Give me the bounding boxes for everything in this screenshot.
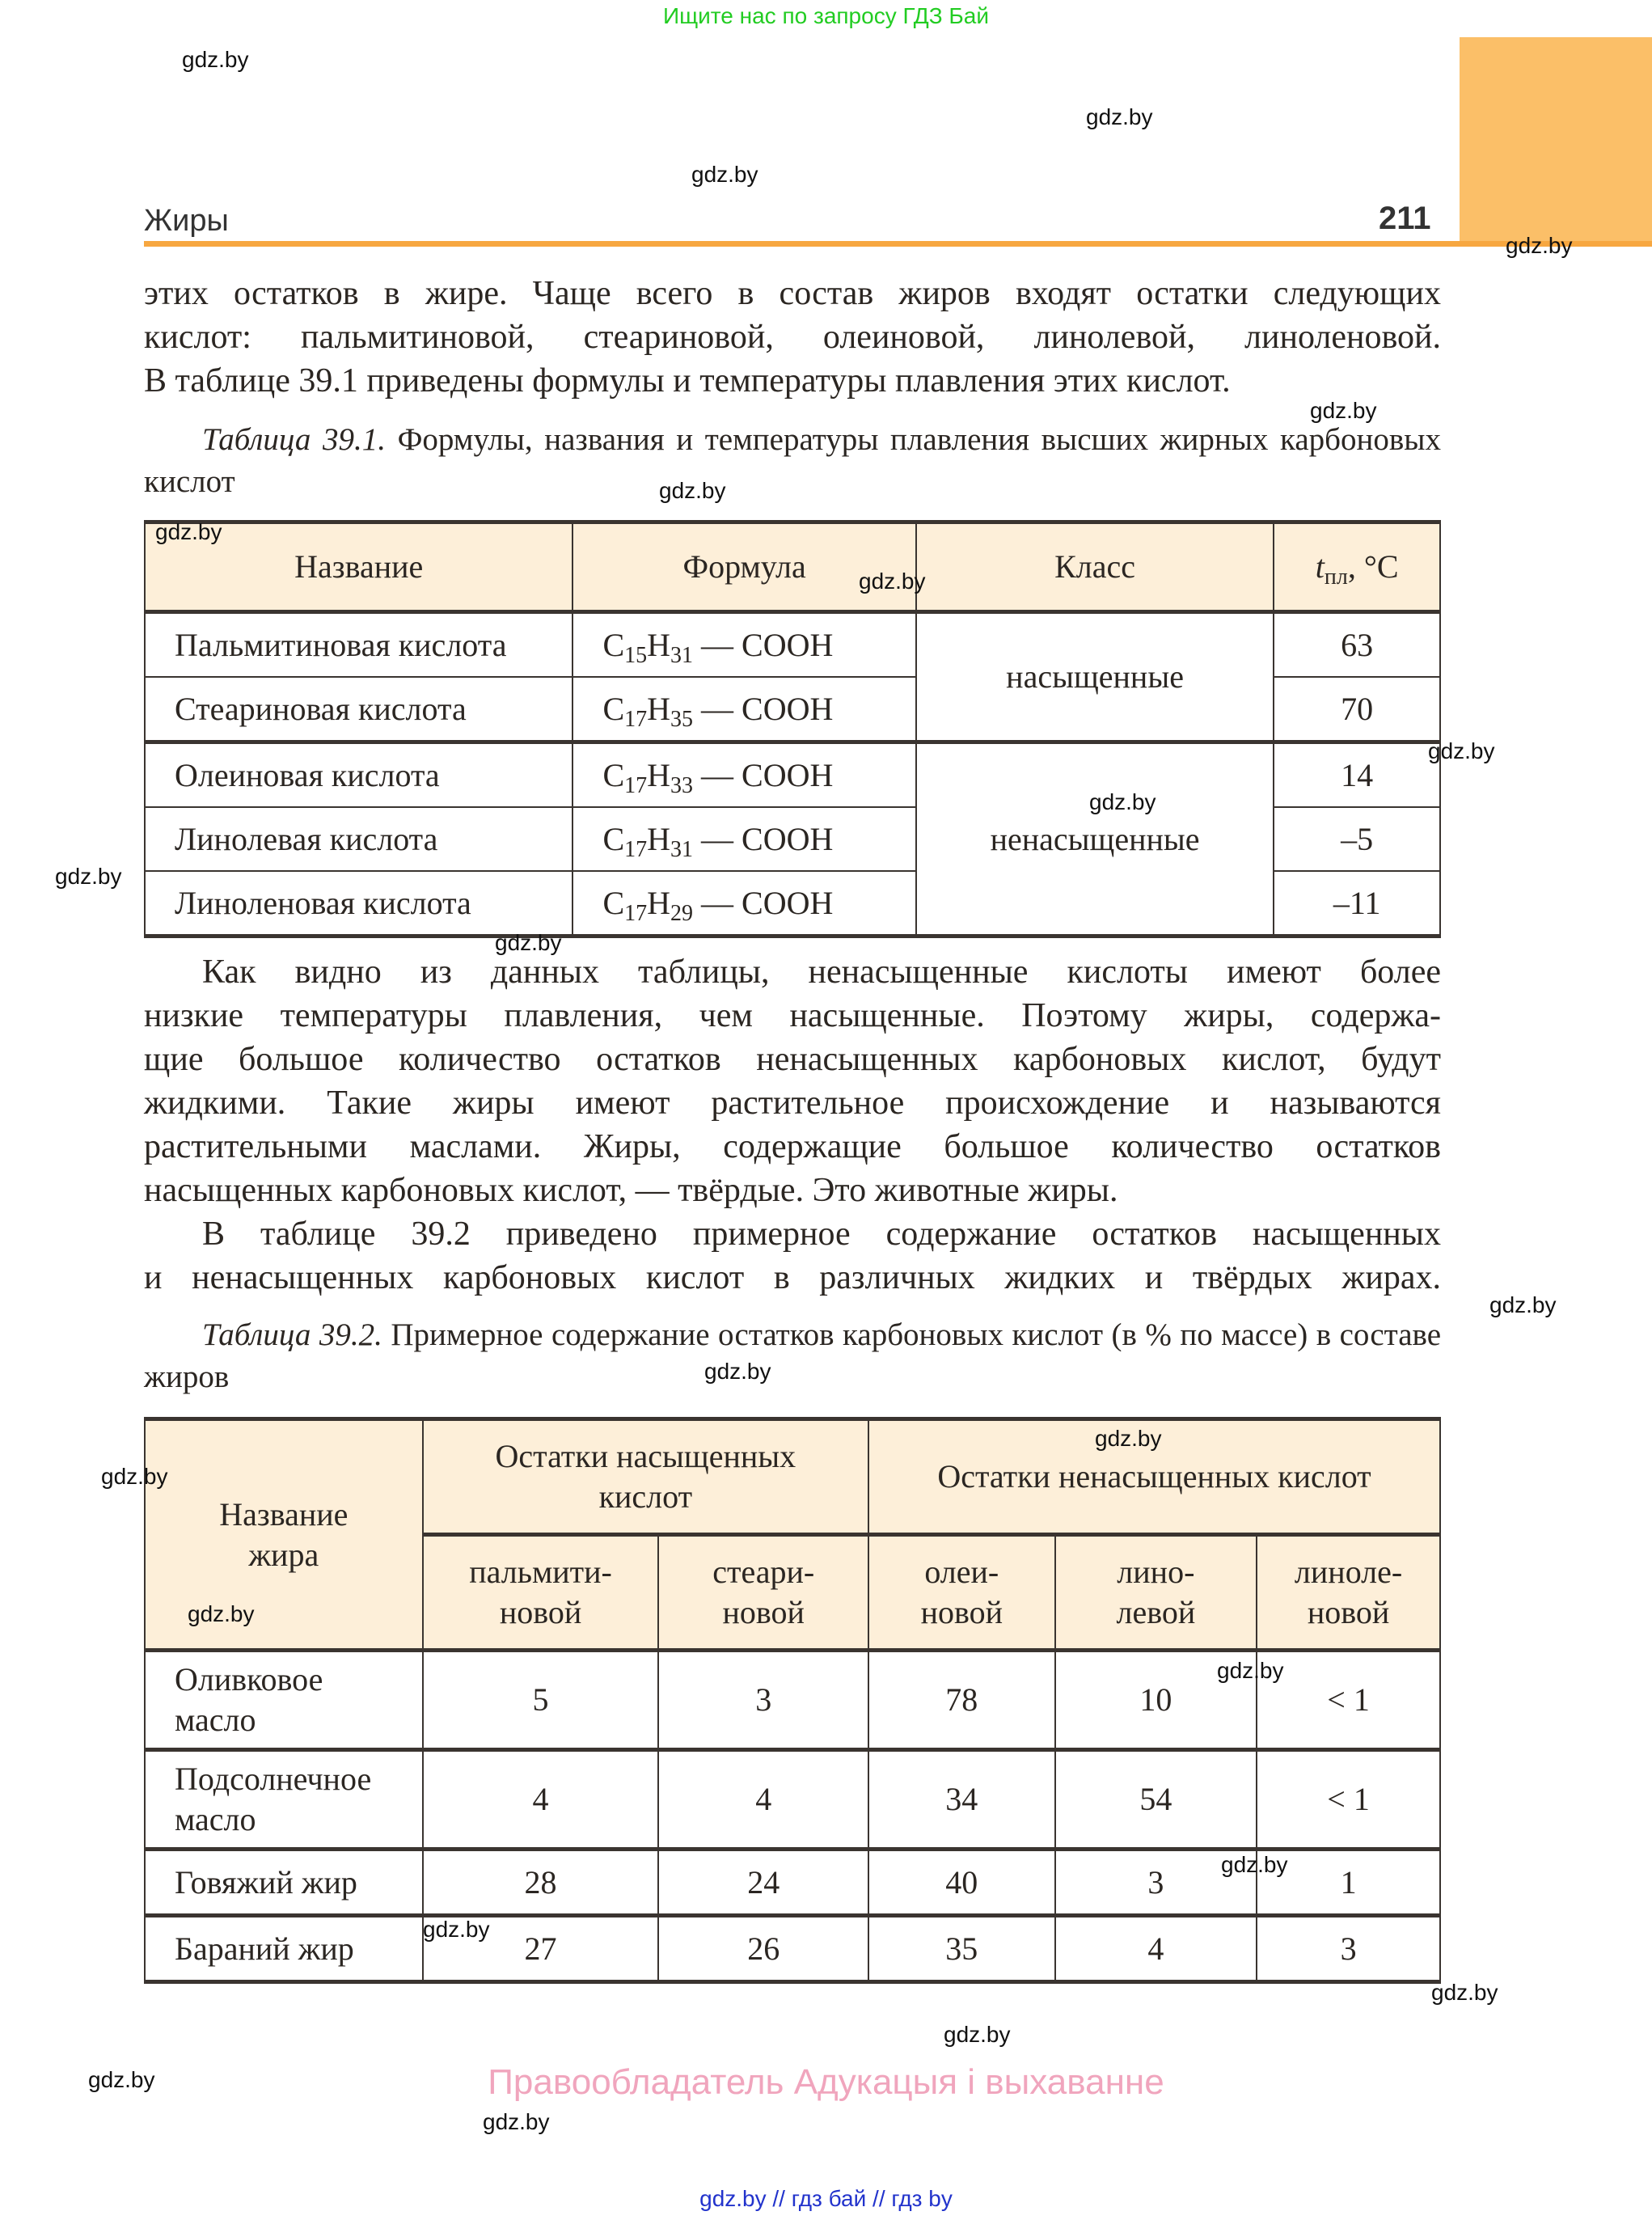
watermark: gdz.by <box>1428 738 1495 764</box>
value-cell: 3 <box>658 1651 868 1750</box>
watermark: gdz.by <box>1095 1426 1162 1452</box>
header-oleic: олеи-новой <box>868 1535 1055 1651</box>
fat-name: Бараний жир <box>145 1916 423 1982</box>
watermark: gdz.by <box>659 478 726 504</box>
text-line: низкие температуры плавления, чем насыще… <box>144 994 1441 1038</box>
header-formula: Формула <box>572 522 915 612</box>
value-cell: < 1 <box>1257 1750 1440 1850</box>
value-cell: 24 <box>658 1850 868 1916</box>
table-row: Бараний жир 27 26 35 4 3 <box>145 1916 1440 1982</box>
text-line: насыщенных карбоновых кислот, — твёрдые.… <box>144 1169 1441 1212</box>
fat-name: Подсолнечное масло <box>145 1750 423 1850</box>
header-rule <box>144 241 1652 247</box>
watermark: gdz.by <box>423 1917 490 1943</box>
running-head: Жиры <box>144 204 229 239</box>
acid-formula: C17H33 — COOH <box>572 742 915 808</box>
value-cell: 4 <box>1055 1916 1257 1982</box>
watermark: gdz.by <box>1489 1292 1557 1318</box>
text-line: Как видно из данных таблицы, ненасыщенны… <box>144 950 1441 994</box>
footer-links[interactable]: gdz.by // гдз бай // гдз by <box>0 2186 1652 2212</box>
value-cell: 28 <box>423 1850 659 1916</box>
table-row: Олеиновая кислота C17H33 — COOH ненасыще… <box>145 742 1440 808</box>
watermark: gdz.by <box>495 930 562 956</box>
copyright-notice: Правообладатель Адукацыя і выхаванне <box>0 2062 1652 2103</box>
acid-class-saturated: насыщенные <box>916 612 1274 742</box>
value-cell: 4 <box>658 1750 868 1850</box>
watermark: gdz.by <box>182 47 249 73</box>
text-line: растительными маслами. Жиры, содержащие … <box>144 1125 1441 1169</box>
acid-name: Линоленовая кислота <box>145 871 572 937</box>
page-corner-tab <box>1460 37 1652 241</box>
text-line: кислот: пальмитиновой, стеариновой, олеи… <box>144 315 1441 359</box>
text-line: жидкими. Такие жиры имеют растительное п… <box>144 1081 1441 1125</box>
text-line: этих остатков в жире. Чаще всего в соста… <box>144 272 1441 315</box>
acid-name: Стеариновая кислота <box>145 677 572 742</box>
watermark: gdz.by <box>1431 1980 1498 2006</box>
table1-caption: Таблица 39.1. Формулы, названия и темпер… <box>144 419 1441 503</box>
fats-composition-table: Название жира Остатки насыщенных кислот … <box>144 1417 1441 1984</box>
fat-name: Говяжий жир <box>145 1850 423 1916</box>
value-cell: 54 <box>1055 1750 1257 1850</box>
acid-temp: –5 <box>1274 807 1440 871</box>
value-cell: 5 <box>423 1651 659 1750</box>
acid-temp: 14 <box>1274 742 1440 808</box>
table2-caption-label: Таблица 39.2. <box>202 1317 382 1352</box>
watermark: gdz.by <box>88 2067 155 2093</box>
watermark: gdz.by <box>1089 789 1156 815</box>
acid-formula: C17H35 — COOH <box>572 677 915 742</box>
value-cell: < 1 <box>1257 1651 1440 1750</box>
header-stearic: стеари-новой <box>658 1535 868 1651</box>
table1-caption-label: Таблица 39.1. <box>202 422 386 457</box>
page-number: 211 <box>1379 201 1431 237</box>
watermark: gdz.by <box>55 864 122 890</box>
header-palmitic: пальмити-новой <box>423 1535 659 1651</box>
table-row: Подсолнечное масло 4 4 34 54 < 1 <box>145 1750 1440 1850</box>
watermark: gdz.by <box>1506 233 1573 259</box>
table-header-row: Название жира Остатки насыщенных кислот … <box>145 1419 1440 1535</box>
value-cell: 4 <box>423 1750 659 1850</box>
acid-name: Пальмитиновая кислота <box>145 612 572 678</box>
acid-formula: C17H29 — COOH <box>572 871 915 937</box>
header-linolenic: линоле-новой <box>1257 1535 1440 1651</box>
acid-temp: 70 <box>1274 677 1440 742</box>
watermark: gdz.by <box>1086 104 1153 130</box>
table-row: Пальмитиновая кислота C15H31 — COOH насы… <box>145 612 1440 678</box>
watermark: gdz.by <box>704 1359 771 1385</box>
watermark: gdz.by <box>944 2022 1011 2048</box>
watermark: gdz.by <box>1221 1852 1288 1878</box>
text-line: и ненасыщенных карбоновых кислот в разли… <box>144 1256 1441 1300</box>
fat-name: Оливковое масло <box>145 1651 423 1750</box>
text-line: В таблице 39.1 приведены формулы и темпе… <box>144 359 1441 403</box>
value-cell: 3 <box>1257 1916 1440 1982</box>
paragraph-analysis: Как видно из данных таблицы, ненасыщенны… <box>144 950 1441 1212</box>
watermark: gdz.by <box>1310 398 1377 424</box>
header-fat-name: Название жира <box>145 1419 423 1651</box>
header-melting-temp: tпл, °C <box>1274 522 1440 612</box>
watermark: gdz.by <box>691 162 758 188</box>
acid-temp: –11 <box>1274 871 1440 937</box>
table2-caption: Таблица 39.2. Примерное содержание остат… <box>144 1314 1441 1398</box>
search-banner[interactable]: Ищите нас по запросу ГДЗ Бай <box>0 3 1652 29</box>
value-cell: 34 <box>868 1750 1055 1850</box>
acid-formula: C15H31 — COOH <box>572 612 915 678</box>
text-line: щие большое количество остатков ненасыще… <box>144 1038 1441 1081</box>
acid-name: Линолевая кислота <box>145 807 572 871</box>
value-cell: 35 <box>868 1916 1055 1982</box>
watermark: gdz.by <box>101 1464 168 1490</box>
header-class: Класс <box>916 522 1274 612</box>
acids-table: Название Формула Класс tпл, °C Пальмитин… <box>144 520 1441 938</box>
watermark: gdz.by <box>483 2109 550 2135</box>
acid-class-unsaturated: ненасыщенные <box>916 742 1274 937</box>
paragraph-table2-intro: В таблице 39.2 приведено примерное содер… <box>144 1212 1441 1300</box>
watermark: gdz.by <box>859 569 926 594</box>
acid-temp: 63 <box>1274 612 1440 678</box>
paragraph-intro: этих остатков в жире. Чаще всего в соста… <box>144 272 1441 403</box>
acid-name: Олеиновая кислота <box>145 742 572 808</box>
watermark: gdz.by <box>188 1601 255 1627</box>
value-cell: 78 <box>868 1651 1055 1750</box>
watermark: gdz.by <box>1217 1658 1284 1684</box>
header-saturated-group: Остатки насыщенных кислот <box>423 1419 868 1535</box>
watermark: gdz.by <box>155 519 222 545</box>
value-cell: 40 <box>868 1850 1055 1916</box>
value-cell: 26 <box>658 1916 868 1982</box>
acid-formula: C17H31 — COOH <box>572 807 915 871</box>
table-header-row: Название Формула Класс tпл, °C <box>145 522 1440 612</box>
text-line: В таблице 39.2 приведено примерное содер… <box>144 1212 1441 1256</box>
header-linoleic: лино-левой <box>1055 1535 1257 1651</box>
